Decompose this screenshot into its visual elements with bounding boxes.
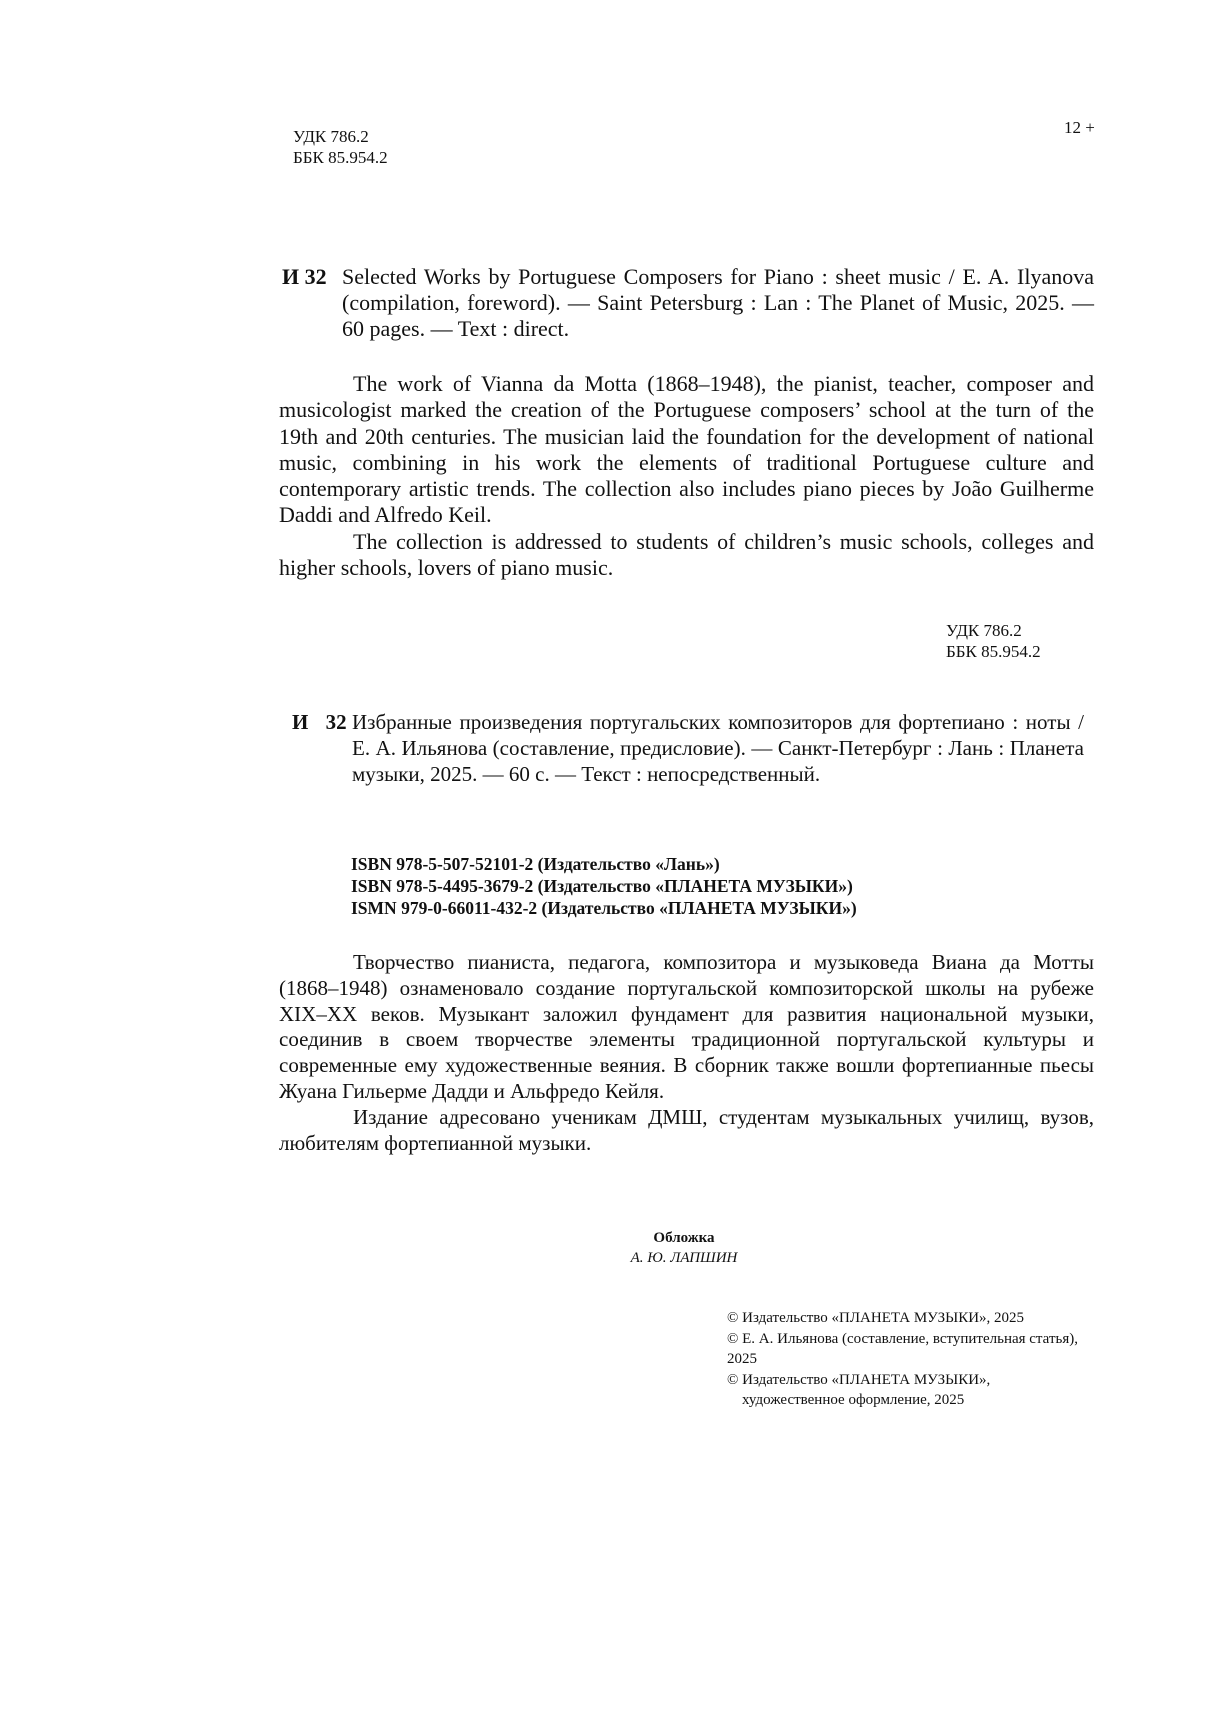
abstract-english: The work of Vianna da Motta (1868–1948),… <box>279 371 1094 581</box>
abstract-paragraph: The work of Vianna da Motta (1868–1948),… <box>279 371 1094 529</box>
abstract-russian: Творчество пианиста, педагога, композито… <box>279 950 1094 1156</box>
cover-credit: Обложка А. Ю. ЛАПШИН <box>560 1228 808 1268</box>
bbk-code: ББК 85.954.2 <box>293 147 388 168</box>
bibliographic-text: Selected Works by Portuguese Composers f… <box>342 264 1094 341</box>
catalog-card-english: И 32 Selected Works by Portuguese Compos… <box>282 264 1094 342</box>
cover-designer: А. Ю. ЛАПШИН <box>560 1248 808 1268</box>
copyright-block: © Издательство «ПЛАНЕТА МУЗЫКИ», 2025 © … <box>727 1308 1087 1411</box>
udk-code: УДК 786.2 <box>946 620 1041 641</box>
copyright-line: © Е. А. Ильянова (составление, вступител… <box>727 1329 1087 1370</box>
bbk-code: ББК 85.954.2 <box>946 641 1041 662</box>
identifier-list: ISBN 978-5-507-52101-2 (Издательство «Ла… <box>351 853 857 919</box>
age-rating: 12 + <box>1064 118 1095 138</box>
bibliographic-text: Избранные произведения португальских ком… <box>352 710 1084 786</box>
copyright-line: © Издательство «ПЛАНЕТА МУЗЫКИ», <box>727 1370 1087 1391</box>
classification-codes-top: УДК 786.2 ББК 85.954.2 <box>293 126 388 168</box>
classification-codes-right: УДК 786.2 ББК 85.954.2 <box>946 620 1041 662</box>
copyright-line: © Издательство «ПЛАНЕТА МУЗЫКИ», 2025 <box>727 1308 1087 1329</box>
bibliographic-description: Selected Works by Portuguese Composers f… <box>342 264 1094 342</box>
abstract-paragraph: Творчество пианиста, педагога, композито… <box>279 950 1094 1105</box>
ismn-planet: ISMN 979-0-66011-432-2 (Издательство «ПЛ… <box>351 897 857 919</box>
isbn-planet: ISBN 978-5-4495-3679-2 (Издательство «ПЛ… <box>351 875 857 897</box>
copyright-line: художественное оформление, 2025 <box>727 1390 1087 1411</box>
isbn-lan: ISBN 978-5-507-52101-2 (Издательство «Ла… <box>351 853 857 875</box>
author-sign: И 32 <box>282 264 327 290</box>
catalog-card-russian: И 32 Избранные произведения португальски… <box>292 709 1084 787</box>
cover-label: Обложка <box>560 1228 808 1248</box>
abstract-paragraph: The collection is addressed to students … <box>279 529 1094 582</box>
abstract-paragraph: Издание адресовано ученикам ДМШ, студент… <box>279 1105 1094 1157</box>
bibliographic-description: Избранные произведения португальских ком… <box>352 709 1084 787</box>
author-sign: И 32 <box>292 709 347 735</box>
udk-code: УДК 786.2 <box>293 126 388 147</box>
